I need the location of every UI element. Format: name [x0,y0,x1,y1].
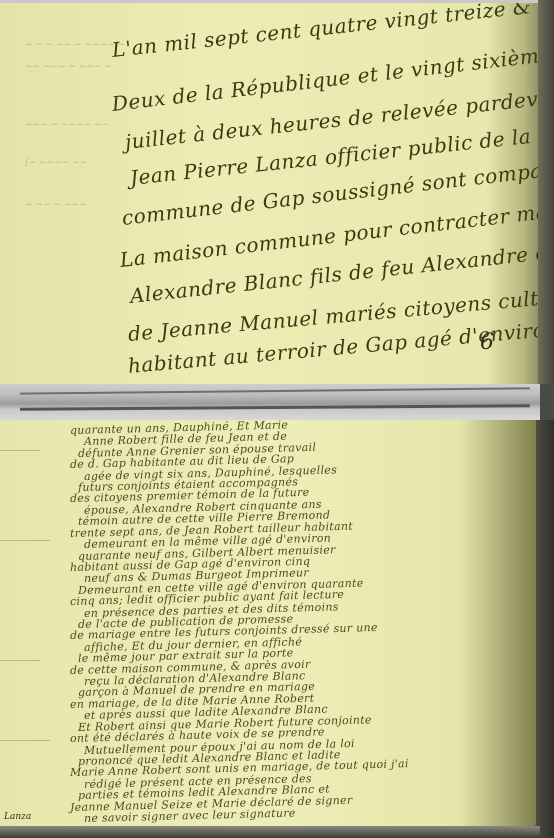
right-page-edge [536,420,554,838]
bleed-through-text: (~ ~~~~ ~~ [25,158,87,168]
bottom-edge [0,826,540,838]
document-scan: ~ ~ ~ ~~ ~ ~~~~ ~ ~~ ~~~ ~ ~~~ ~ ~~~ ~ ~… [0,0,554,838]
bleed-through-text: ~~~ ~ ~~~~ ~~ [25,120,109,130]
ruled-line [0,660,40,661]
right-page-edge [538,0,554,384]
ruled-line [0,450,40,451]
top-edge [0,0,554,3]
margin-mark: 6 [480,330,494,355]
top-page: ~ ~ ~ ~~ ~ ~~~~ ~ ~~ ~~~ ~ ~~~ ~ ~~~ ~ ~… [0,0,540,384]
fold-crease [20,404,530,411]
ruled-line [0,540,50,541]
bleed-through-text: ~ ~~ ~ ~~~ [25,200,86,210]
margin-signature: Lanza [4,812,31,822]
ruled-line [0,740,50,741]
bleed-through-text: ~ ~ ~ ~~ ~ ~~~~ ~ [25,40,125,50]
bleed-through-text: ~~ ~~~ ~ ~~~ ~ [25,62,112,72]
fold-crease [20,387,530,394]
right-page-edge [540,384,554,420]
page-fold [0,384,540,420]
